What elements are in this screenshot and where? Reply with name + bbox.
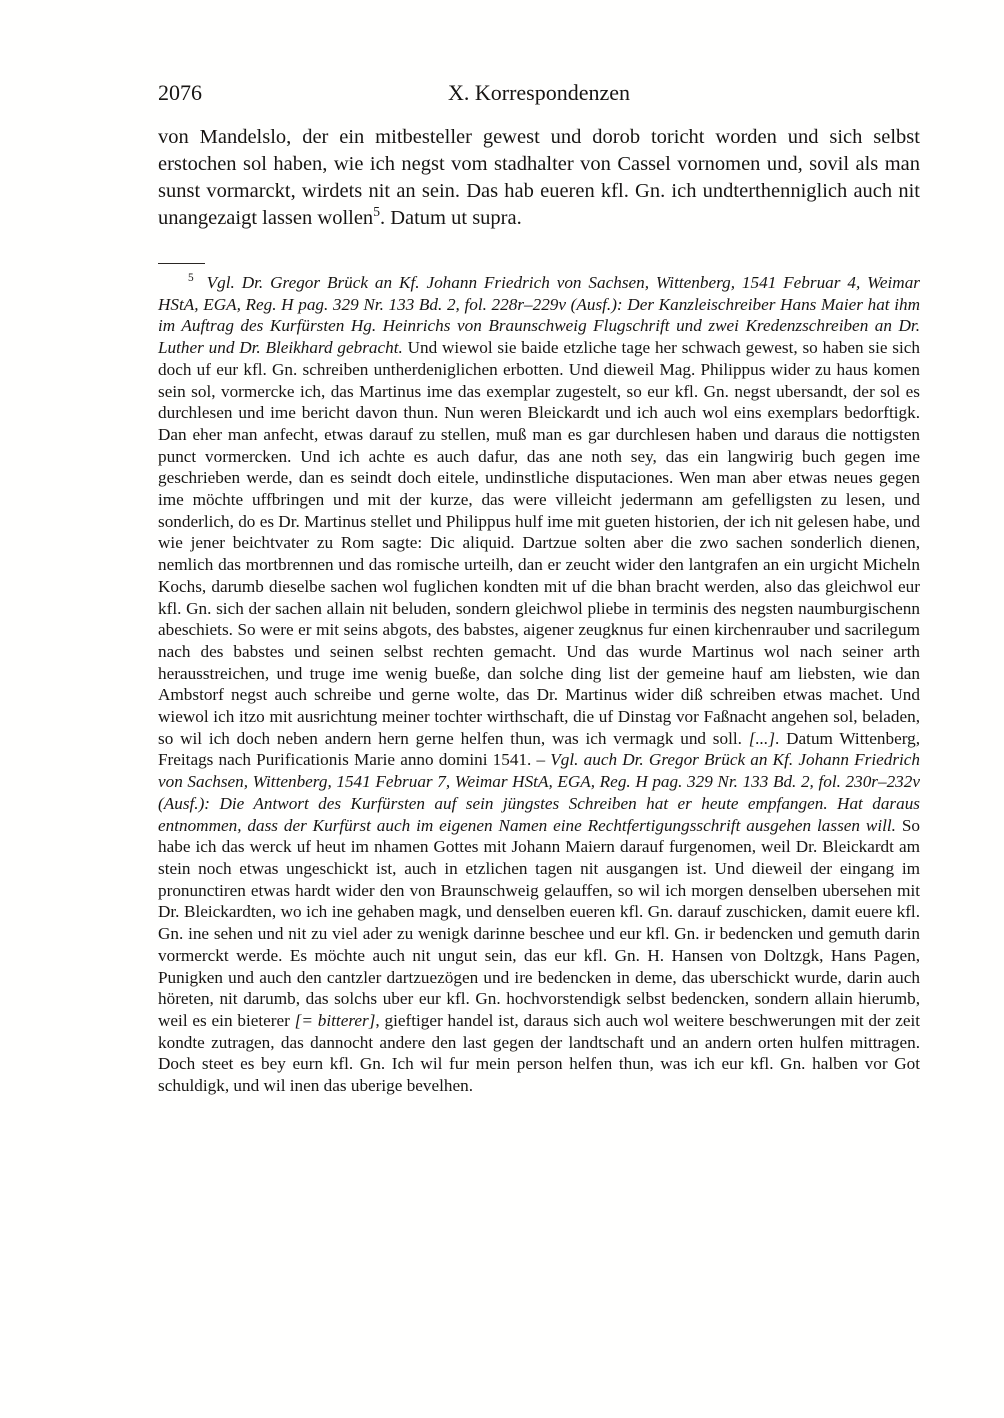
footnote-number: 5 — [188, 272, 194, 284]
running-header: 2076 X. Korrespondenzen — [158, 78, 920, 108]
main-text-paragraph: von Mandelslo, der ein mitbesteller gewe… — [158, 124, 920, 232]
footnote-reference-marker: 5 — [373, 204, 380, 219]
footnote-separator-rule — [158, 263, 205, 264]
page-number: 2076 — [158, 78, 202, 108]
footnote-text: Vgl. Dr. Gregor Brück an Kf. Johann Frie… — [158, 273, 920, 1095]
main-text-after-marker: . Datum ut supra. — [380, 207, 522, 229]
book-page: 2076 X. Korrespondenzen von Mandelslo, d… — [0, 0, 1004, 1418]
footnote-paragraph: 5Vgl. Dr. Gregor Brück an Kf. Johann Fri… — [158, 272, 920, 1097]
main-text-before-marker: von Mandelslo, der ein mitbesteller gewe… — [158, 126, 920, 229]
running-head-title: X. Korrespondenzen — [158, 78, 920, 108]
